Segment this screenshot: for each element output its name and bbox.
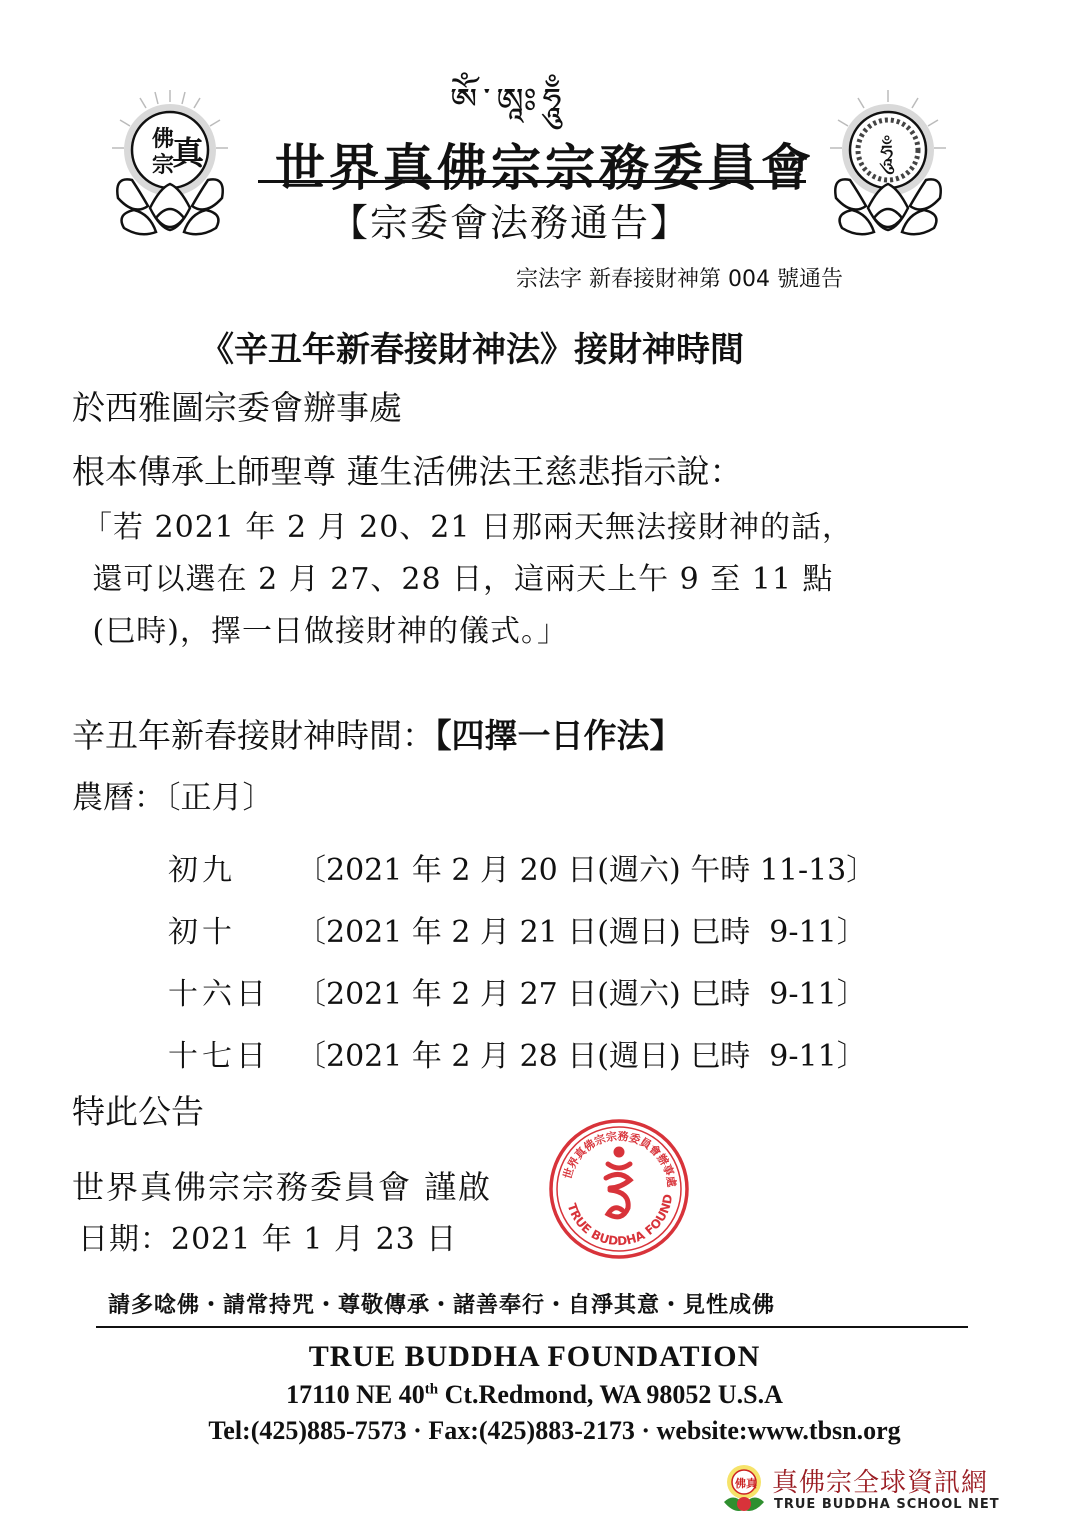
schedule-detail: 〔2021 年 2 月 27 日(週六) 巳時 9-11〕 bbox=[296, 969, 867, 1013]
schedule-list: 初九 〔2021 年 2 月 20 日(週六) 午時 11-13〕 初十 〔20… bbox=[168, 836, 876, 1084]
contact-info: Tel:(425)885-7573 · Fax:(425)883-2173 · … bbox=[0, 1416, 1069, 1446]
address-sup: th bbox=[425, 1381, 438, 1397]
document-title: 《辛丑年新春接財神法》接財神時間 bbox=[200, 322, 744, 371]
footer-divider bbox=[96, 1326, 968, 1328]
schedule-row: 十七日 〔2021 年 2 月 28 日(週日) 巳時 9-11〕 bbox=[168, 1022, 876, 1084]
schedule-method: 【四擇一日作法】 bbox=[435, 716, 683, 755]
notice-number: 宗法字 新春接財神第 004 號通告 bbox=[516, 262, 843, 293]
official-seal-stamp: 世界真佛宗宗務委員會辦事處 TRUE BUDDHA FOUNDATION bbox=[548, 1118, 690, 1260]
schedule-detail: 〔2021 年 2 月 28 日(週日) 巳時 9-11〕 bbox=[296, 1031, 867, 1075]
mantra-wheel-logo-right: ཧཱུྃ bbox=[828, 88, 948, 248]
schedule-heading: 辛丑年新春接財神時間：【四擇一日作法】 bbox=[72, 710, 683, 757]
document-date: 日期：2021 年 1 月 23 日 bbox=[78, 1214, 457, 1258]
quote-line: 還可以選在 2 月 27、28 日，這兩天上午 9 至 11 點 bbox=[82, 554, 853, 606]
foundation-address: 17110 NE 40th Ct.Redmond, WA 98052 U.S.A bbox=[0, 1380, 1069, 1410]
instruction-quote: 「若 2021 年 2 月 20、21 日那兩天無法接財神的話， 還可以選在 2… bbox=[82, 502, 853, 658]
lunar-day: 初九 bbox=[168, 845, 296, 889]
schedule-detail: 〔2021 年 2 月 21 日(週日) 巳時 9-11〕 bbox=[296, 907, 867, 951]
svg-text:宗: 宗 bbox=[152, 152, 174, 178]
address-suffix: Ct.Redmond, WA 98052 U.S.A bbox=[438, 1380, 783, 1409]
schedule-detail: 〔2021 年 2 月 20 日(週六) 午時 11-13〕 bbox=[296, 845, 876, 889]
location-line: 於西雅圖宗委會辦事處 bbox=[72, 382, 402, 429]
foundation-name: TRUE BUDDHA FOUNDATION bbox=[0, 1340, 1069, 1374]
lunar-month-label: 農曆：〔正月〕 bbox=[72, 772, 274, 817]
tbsn-net-name-en: TRUE BUDDHA SCHOOL NET bbox=[774, 1497, 1000, 1512]
schedule-heading-label: 辛丑年新春接財神時間： bbox=[72, 716, 435, 755]
lunar-day: 初十 bbox=[168, 907, 296, 951]
title-divider bbox=[258, 180, 806, 183]
lunar-day: 十七日 bbox=[168, 1031, 296, 1075]
schedule-row: 十六日 〔2021 年 2 月 27 日(週六) 巳時 9-11〕 bbox=[168, 960, 876, 1022]
quote-line: (巳時)，擇一日做接財神的儀式。」 bbox=[82, 606, 853, 658]
announcement: 特此公告 bbox=[72, 1086, 204, 1133]
schedule-row: 初九 〔2021 年 2 月 20 日(週六) 午時 11-13〕 bbox=[168, 836, 876, 898]
signer: 世界真佛宗宗務委員會 謹啟 bbox=[72, 1162, 492, 1208]
quote-line: 「若 2021 年 2 月 20、21 日那兩天無法接財神的話， bbox=[82, 502, 853, 554]
lunar-day: 十六日 bbox=[168, 969, 296, 1013]
org-title: 世界真佛宗宗務委員會 bbox=[275, 128, 815, 200]
motto: 請多唸佛・請常持咒・尊敬傳承・諸善奉行・自淨其意・見性成佛 bbox=[108, 1288, 775, 1319]
speaker-line: 根本傳承上師聖尊 蓮生活佛法王慈悲指示說： bbox=[72, 446, 743, 493]
notice-type: 【宗委會法務通告】 bbox=[330, 192, 690, 247]
svg-text:佛: 佛 bbox=[152, 126, 174, 152]
svg-text:真: 真 bbox=[172, 134, 205, 172]
schedule-row: 初十 〔2021 年 2 月 21 日(週日) 巳時 9-11〕 bbox=[168, 898, 876, 960]
tbsn-net-name-zh: 真佛宗全球資訊網 bbox=[772, 1462, 988, 1499]
true-buddha-logo-left: 佛 宗 真 bbox=[110, 88, 230, 248]
svg-text:佛真: 佛真 bbox=[735, 1476, 758, 1490]
address-prefix: 17110 NE 40 bbox=[286, 1380, 425, 1409]
